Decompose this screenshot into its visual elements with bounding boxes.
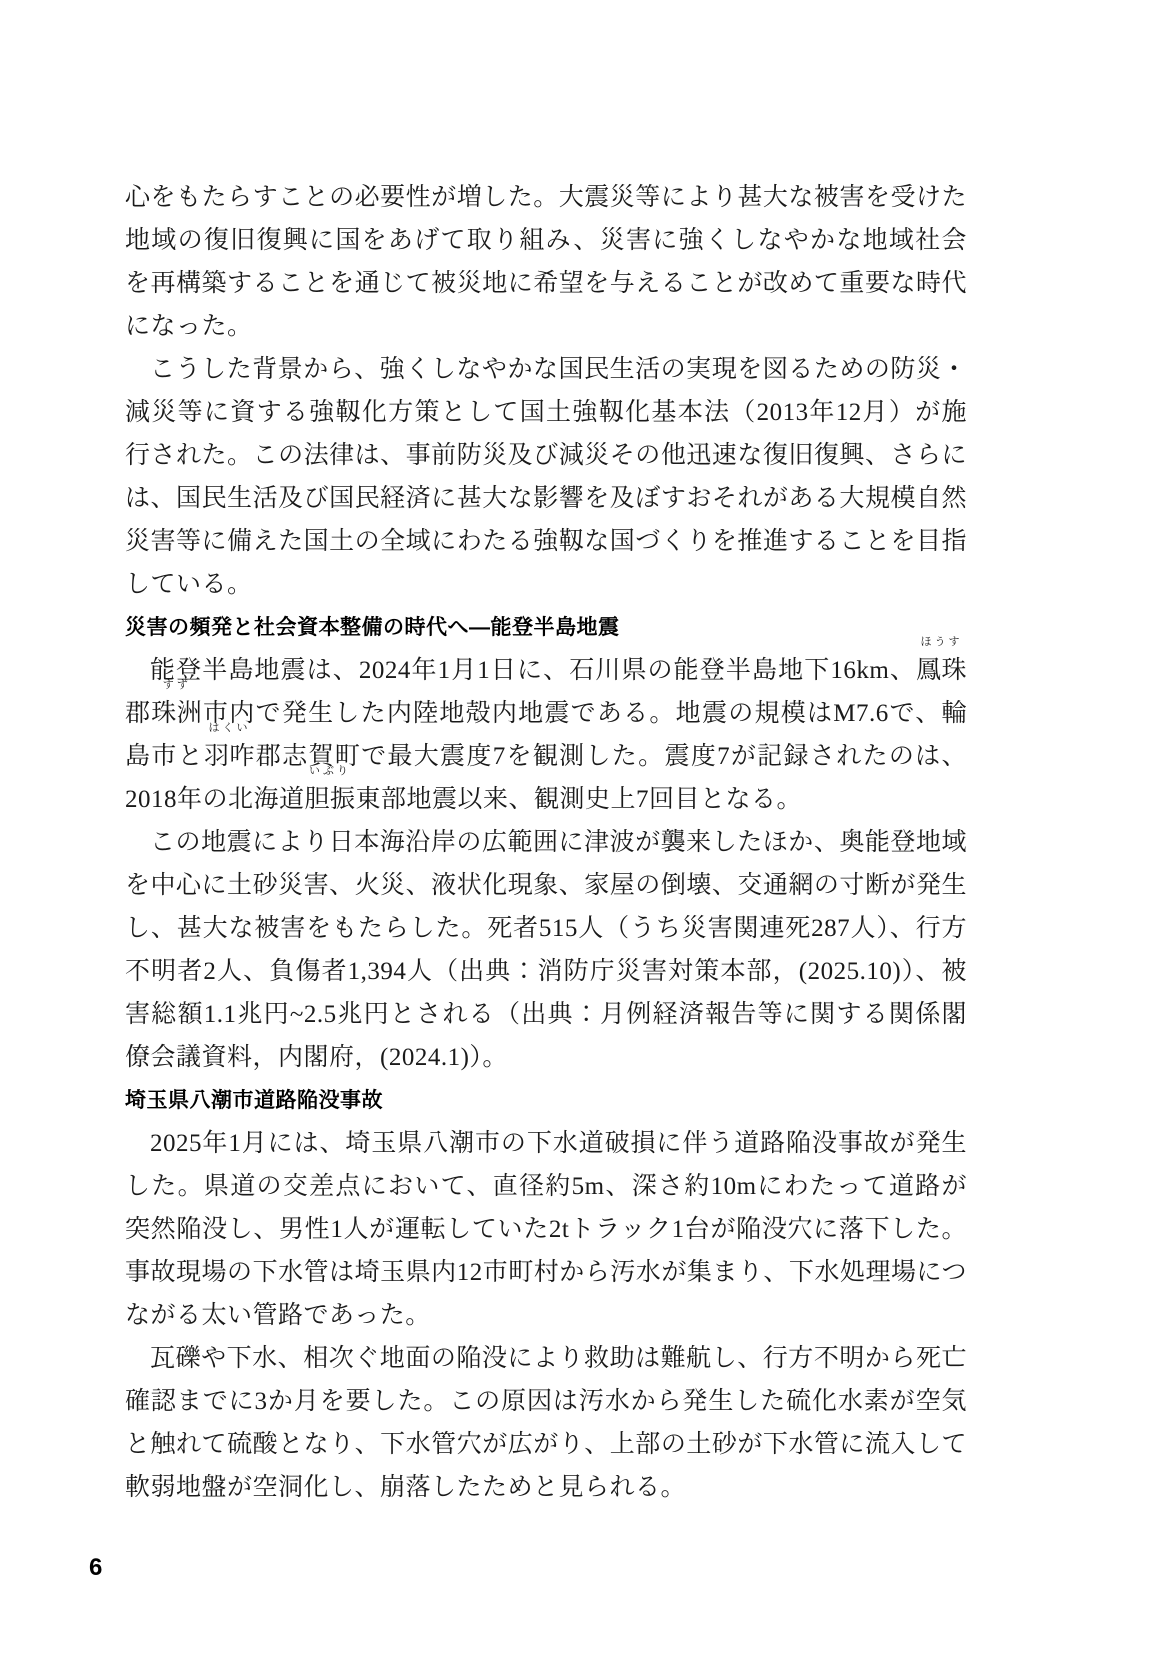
heading-noto-earthquake: 災害の頻発と社会資本整備の時代へ―能登半島地震	[125, 606, 967, 649]
ruby-term: 珠洲すず	[151, 692, 202, 735]
paragraph-continuation: 心をもたらすことの必要性が増した。大震災等により甚大な被害を受けた地域の復旧復興…	[125, 176, 967, 348]
page-number: 6	[89, 1556, 102, 1580]
ruby-reading: はくい	[208, 723, 250, 734]
page-body: 心をもたらすことの必要性が増した。大震災等により甚大な被害を受けた地域の復旧復興…	[125, 176, 967, 1509]
ruby-term: 鳳珠ほうす	[916, 649, 967, 692]
paragraph-noto-overview: 能登半島地震は、2024年1月1日に、石川県の能登半島地下16km、鳳珠ほうす郡…	[125, 649, 967, 821]
ruby-term: 胆振いぶり	[305, 778, 356, 821]
paragraph-background-kyoujinka: こうした背景から、強くしなやかな国民生活の実現を図るための防災・減災等に資する強…	[125, 348, 967, 606]
ruby-reading: いぶり	[309, 766, 351, 777]
paragraph-noto-damage: この地震により日本海沿岸の広範囲に津波が襲来したほか、奥能登地域を中心に土砂災害…	[125, 821, 967, 1079]
ruby-reading: ほうす	[920, 637, 962, 648]
ruby-term: 羽咋はくい	[204, 735, 255, 778]
ruby-reading: すず	[163, 680, 191, 691]
paragraph-yashio-event: 2025年1月には、埼玉県八潮市の下水道破損に伴う道路陥没事故が発生した。県道の…	[125, 1122, 967, 1337]
document-page: 心をもたらすことの必要性が増した。大震災等により甚大な被害を受けた地域の復旧復興…	[0, 0, 1165, 1654]
heading-yashio-road-collapse: 埼玉県八潮市道路陥没事故	[125, 1079, 967, 1122]
paragraph-yashio-cause: 瓦礫や下水、相次ぐ地面の陥没により救助は難航し、行方不明から死亡確認までに3か月…	[125, 1337, 967, 1509]
